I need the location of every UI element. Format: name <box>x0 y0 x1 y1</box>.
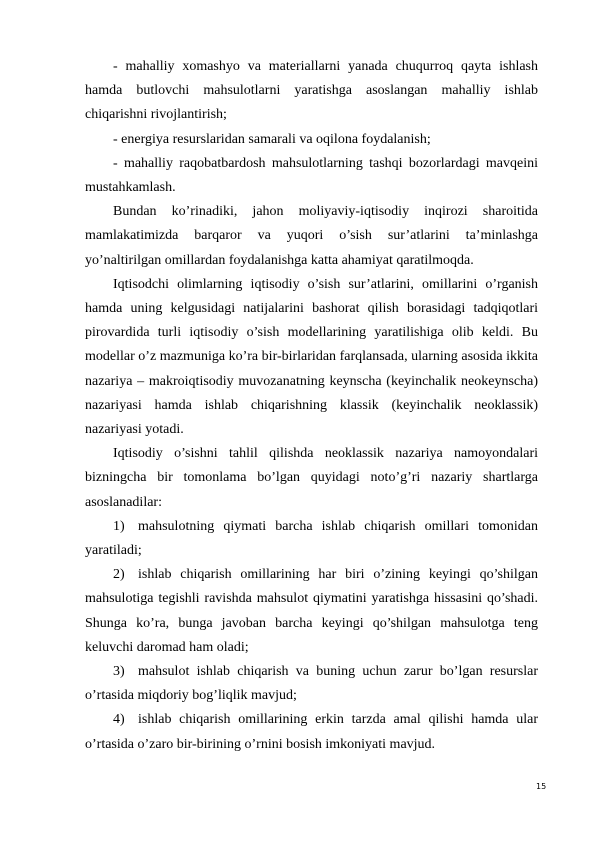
list-item-text: mahsulotning qiymati barcha ishlab chiqa… <box>85 519 538 558</box>
paragraph-local-raw-materials: - mahalliy xomashyo va materiallarni yan… <box>85 55 538 128</box>
list-item: 4)ishlab chiqarish omillarining erkin ta… <box>85 708 538 756</box>
list-item: 3)mahsulot ishlab chiqarish va buning uc… <box>85 660 538 708</box>
list-item: 1)mahsulotning qiymati barcha ishlab chi… <box>85 515 538 563</box>
paragraph-crisis-growth: Bundan ko’rinadiki, jahon moliyaviy-iqti… <box>85 200 538 273</box>
paragraph-energy-resources: - energiya resurslaridan samarali va oqi… <box>85 128 538 152</box>
list-item-number: 4) <box>113 708 138 732</box>
list-item-text: mahsulot ishlab chiqarish va buning uchu… <box>85 664 538 703</box>
paragraph-neoclassical-assumptions: Iqtisodiy o’sishni tahlil qilishda neokl… <box>85 442 538 515</box>
list-item-text: ishlab chiqarish omillarining har biri o… <box>85 567 538 655</box>
list-item-text: ishlab chiqarish omillarining erkin tarz… <box>85 712 538 751</box>
page-number: 15 <box>536 782 556 791</box>
paragraph-competitive-products: - mahalliy raqobatbardosh mahsulotlarnin… <box>85 152 538 200</box>
list-item-number: 2) <box>113 563 138 587</box>
document-body: - mahalliy xomashyo va materiallarni yan… <box>85 55 538 757</box>
list-item-number: 3) <box>113 660 138 684</box>
list-item: 2)ishlab chiqarish omillarining har biri… <box>85 563 538 660</box>
list-item-number: 1) <box>113 515 138 539</box>
paragraph-growth-models: Iqtisodchi olimlarning iqtisodiy o’sish … <box>85 273 538 442</box>
